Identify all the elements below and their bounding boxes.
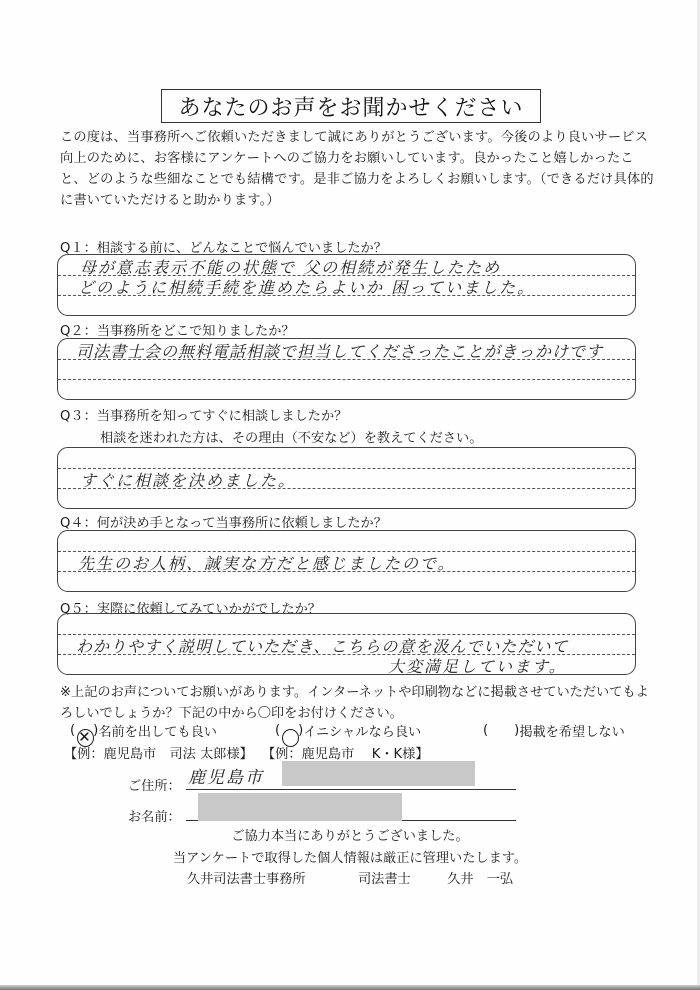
question-2-answer-box: 司法書士会の無料電話相談で担当してくださったことがきっかけです [57,338,636,400]
question-3-sublabel: 相談を迷われた方は、その理由（不安など）を教えてください。 [100,427,482,446]
paren-open: ( [70,723,75,738]
address-value: 鹿児島市 [188,763,264,788]
address-redaction [282,761,475,786]
option-name-ok[interactable]: ( ✕ ) 名前を出しても良い [70,721,217,740]
paren-open: ( [483,723,488,738]
option-initials-ok[interactable]: ( ) イニシャルなら良い [275,721,421,740]
question-2-answer-line-1: 司法書士会の無料電話相談で担当してくださったことがきっかけです [76,339,603,362]
option-label: 掲載を希望しない [519,721,625,740]
scan-edge-bottom [0,985,700,990]
closing-privacy: 当アンケートで取得した個人情報は厳正に管理いたします。 [0,847,700,866]
question-5-answer-box: わかりやすく説明していただき、こちらの意を汲んでいただいて 大変満足しています。 [57,613,636,675]
question-1-answer-line-2: どのように相続手続を進めたらよいか 困っていました。 [78,275,535,298]
question-3-label: Q３：当事務所を知ってすぐに相談しましたか？ [60,405,347,424]
office-name: 久井司法書士事務所 [187,872,306,887]
name-redaction [198,793,402,821]
publication-notice: ※上記のお声についてお願いがあります。インターネットや印刷物などに掲載させていた… [60,682,660,724]
question-5-answer-line-2: 大変満足しています。 [388,654,567,677]
ruled-line [58,379,635,380]
question-4-answer-box: 先生のお人柄、誠実な方だと感じましたので。 [57,530,636,592]
intro-text: この度は、当事務所へご依頼いただきまして誠にありがとうございます。今後のより良い… [60,127,660,211]
question-3-answer-line-1: すぐに相談を決めました。 [80,468,296,491]
option-label: イニシャルなら良い [303,721,421,740]
example-full-name: 【例：鹿児島市 司法 太郎様】 [64,743,253,762]
example-initials: 【例：鹿児島市 K・K様】 [262,743,429,762]
question-1-answer-box: 母が意志表示不能の状態で 父の相続が発生したため どのように相続手続を進めたらよ… [57,254,636,316]
question-4-answer-line-1: 先生のお人柄、誠実な方だと感じましたので。 [78,551,456,574]
option-label: 名前を出しても良い [98,721,217,740]
option-no-publication[interactable]: ( ) 掲載を希望しない [483,721,625,740]
role: 司法書士 [358,872,411,887]
closing-thanks: ご協力本当にありがとうございました。 [0,825,700,844]
question-4-label: Q４：何が決め手となって当事務所に依頼しましたか？ [60,512,387,531]
paren-open: ( [275,723,280,738]
address-label: ご住所： [128,775,181,794]
closing-signature: 久井司法書士事務所 司法書士 久井 一弘 [0,868,700,887]
question-2-label: Q２：当事務所をどこで知りましたか？ [60,320,295,339]
page-title: あなたのお声をお聞かせください [161,89,541,123]
signer-name: 久井 一弘 [447,872,513,887]
name-label: お名前： [128,806,181,825]
question-3-answer-box: すぐに相談を決めました。 [57,447,636,509]
